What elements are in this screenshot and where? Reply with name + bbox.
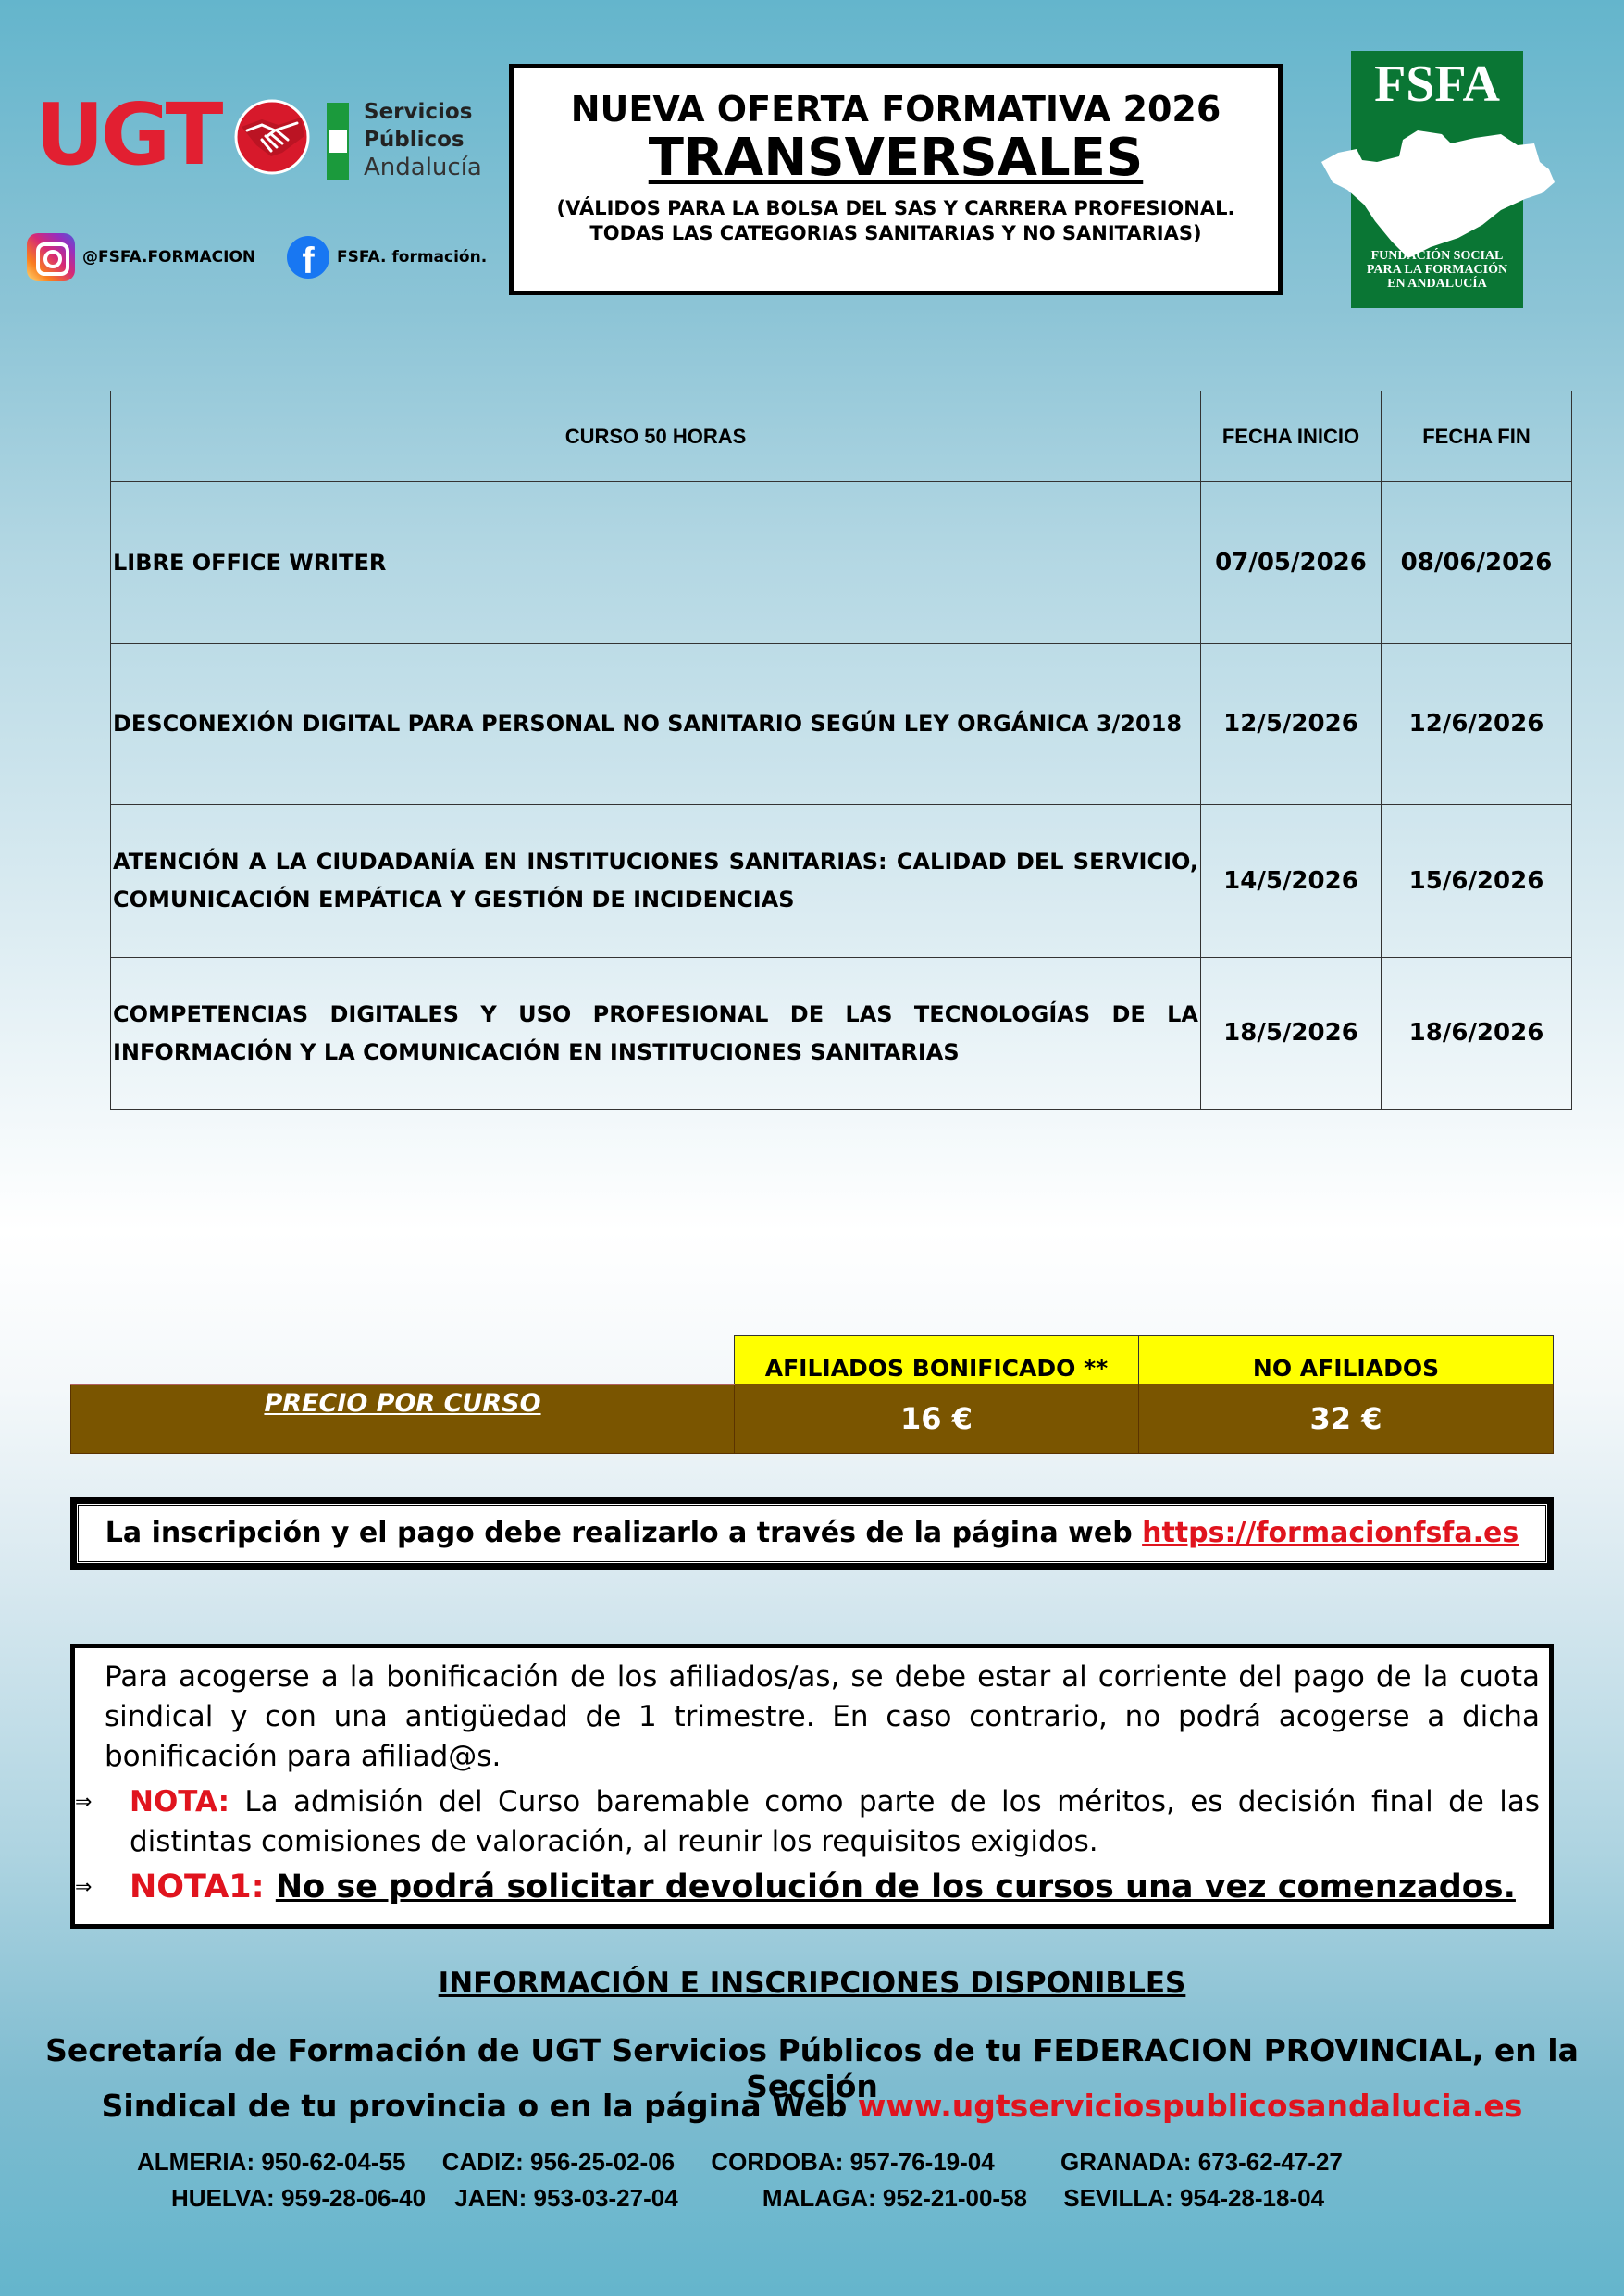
price-header-row: AFILIADOS BONIFICADO ** NO AFILIADOS (71, 1336, 1554, 1384)
province: CORDOBA (711, 2148, 835, 2176)
fsfa-logo: FSFA FUNDACIÓN SOCIAL PARA LA FORMACIÓN … (1351, 51, 1523, 308)
sp-line-2: Públicos (364, 126, 482, 154)
table-row: ATENCIÓN A LA CIUDADANÍA EN INSTITUCIONE… (111, 805, 1572, 958)
province: JAEN (454, 2184, 518, 2212)
course-end-date: 18/6/2026 (1382, 958, 1572, 1110)
price-header-non-members: NO AFILIADOS (1139, 1336, 1554, 1384)
ugt-logo: UGT (35, 93, 219, 178)
andalucia-flag-icon (327, 103, 349, 180)
info-line-2-text: Sindical de tu provincia o en la página … (102, 2088, 858, 2124)
phone-malaga: MALAGA: 952-21-00-58 (762, 2184, 1027, 2213)
phone-granada: GRANADA: 673-62-47-27 (1060, 2148, 1343, 2177)
phone-huelva: HUELVA: 959-28-06-40 (171, 2184, 426, 2213)
province: SEVILLA (1063, 2184, 1165, 2212)
price-table: AFILIADOS BONIFICADO ** NO AFILIADOS PRE… (70, 1335, 1554, 1454)
fsfa-subtitle-1: FUNDACIÓN SOCIAL (1351, 249, 1523, 263)
double-arrow-icon: ⇒ (75, 1868, 100, 1907)
registration-box: La inscripción y el pago debe realizarlo… (70, 1497, 1554, 1570)
course-name: LIBRE OFFICE WRITER (111, 482, 1201, 644)
phone-almeria: ALMERIA: 950-62-04-55 (137, 2148, 405, 2177)
phone-number: 673-62-47-27 (1198, 2148, 1343, 2176)
phone-cadiz: CADIZ: 956-25-02-06 (442, 2148, 675, 2177)
table-row: DESCONEXIÓN DIGITAL PARA PERSONAL NO SAN… (111, 644, 1572, 805)
province: CADIZ (442, 2148, 515, 2176)
notes-box: Para acogerse a la bonificación de los a… (70, 1644, 1554, 1929)
registration-inner: La inscripción y el pago debe realizarlo… (76, 1503, 1548, 1564)
province: MALAGA (762, 2184, 868, 2212)
fsfa-subtitle-3: EN ANDALUCÍA (1351, 277, 1523, 291)
course-end-date: 08/06/2026 (1382, 482, 1572, 644)
page-title-category: TRANSVERSALES (514, 130, 1278, 187)
phone-number: 953-03-27-04 (534, 2184, 678, 2212)
phone-jaen: JAEN: 953-03-27-04 (454, 2184, 677, 2213)
note1-item: ⇒ NOTA1: No se podrá solicitar devolució… (105, 1868, 1540, 1907)
page-title: NUEVA OFERTA FORMATIVA 2026 (514, 89, 1278, 130)
note-body: La admisión del Curso baremable como par… (130, 1785, 1540, 1858)
table-row: LIBRE OFFICE WRITER 07/05/2026 08/06/202… (111, 482, 1572, 644)
phone-number: 954-28-18-04 (1180, 2184, 1324, 2212)
table-header-row: CURSO 50 HORAS FECHA INICIO FECHA FIN (111, 391, 1572, 482)
course-name: COMPETENCIAS DIGITALES Y USO PROFESIONAL… (111, 958, 1201, 1110)
phone-number: 959-28-06-40 (281, 2184, 426, 2212)
note-label: NOTA: (130, 1785, 229, 1818)
sp-line-1: Servicios (364, 98, 482, 126)
column-header-course: CURSO 50 HORAS (111, 391, 1201, 482)
instagram-handle: @FSFA.FORMACION (82, 248, 255, 267)
subtitle-line-2: TODAS LAS CATEGORIAS SANITARIAS Y NO SAN… (514, 221, 1278, 246)
info-line-2: Sindical de tu provincia o en la página … (0, 2088, 1624, 2124)
note1-label: NOTA1: (130, 1868, 265, 1905)
phone-number: 956-25-02-06 (530, 2148, 675, 2176)
course-name: DESCONEXIÓN DIGITAL PARA PERSONAL NO SAN… (111, 644, 1201, 805)
price-non-members: 32 € (1139, 1384, 1554, 1454)
facebook-link[interactable]: f FSFA. formación. (287, 236, 487, 279)
fsfa-logo-title: FSFA (1351, 58, 1523, 110)
ugt-website-link[interactable]: www.ugtserviciospublicosandalucia.es (858, 2088, 1522, 2124)
instagram-icon (27, 233, 75, 281)
facebook-handle: FSFA. formación. (337, 248, 487, 267)
province: ALMERIA (137, 2148, 246, 2176)
course-start-date: 12/5/2026 (1201, 644, 1382, 805)
course-start-date: 14/5/2026 (1201, 805, 1382, 958)
column-header-start: FECHA INICIO (1201, 391, 1382, 482)
phones-row-2: HUELVA: 959-28-06-40 JAEN: 953-03-27-04 … (171, 2184, 1531, 2213)
phone-number: 952-21-00-58 (883, 2184, 1027, 2212)
province: GRANADA (1060, 2148, 1184, 2176)
price-row-label: PRECIO POR CURSO (71, 1384, 735, 1454)
phone-number: 950-62-04-55 (261, 2148, 405, 2176)
note-item: ⇒ NOTA: La admisión del Curso baremable … (105, 1782, 1540, 1862)
note1-text: NOTA1: No se podrá solicitar devolución … (130, 1868, 1540, 1907)
registration-link[interactable]: https://formacionfsfa.es (1142, 1517, 1519, 1549)
bonus-conditions-text: Para acogerse a la bonificación de los a… (105, 1657, 1540, 1777)
fsfa-logo-subtitle: FUNDACIÓN SOCIAL PARA LA FORMACIÓN EN AN… (1351, 249, 1523, 291)
course-start-date: 07/05/2026 (1201, 482, 1382, 644)
instagram-link[interactable]: @FSFA.FORMACION (27, 233, 255, 281)
title-box: NUEVA OFERTA FORMATIVA 2026 TRANSVERSALE… (509, 64, 1283, 295)
sp-line-3: Andalucía (364, 154, 482, 181)
province: HUELVA (171, 2184, 267, 2212)
table-row: COMPETENCIAS DIGITALES Y USO PROFESIONAL… (111, 958, 1572, 1110)
column-header-end: FECHA FIN (1382, 391, 1572, 482)
price-members: 16 € (735, 1384, 1139, 1454)
price-header-members: AFILIADOS BONIFICADO ** (735, 1336, 1139, 1384)
handshake-icon (234, 99, 310, 175)
note-text: NOTA: La admisión del Curso baremable co… (130, 1782, 1540, 1862)
price-row: PRECIO POR CURSO 16 € 32 € (71, 1384, 1554, 1454)
phone-number: 957-76-19-04 (850, 2148, 995, 2176)
fsfa-subtitle-2: PARA LA FORMACIÓN (1351, 263, 1523, 277)
course-start-date: 18/5/2026 (1201, 958, 1382, 1110)
phone-cordoba: CORDOBA: 957-76-19-04 (711, 2148, 994, 2177)
price-header-blank (71, 1336, 735, 1384)
info-heading: INFORMACIÓN E INSCRIPCIONES DISPONIBLES (0, 1967, 1624, 2000)
course-name: ATENCIÓN A LA CIUDADANÍA EN INSTITUCIONE… (111, 805, 1201, 958)
courses-table: CURSO 50 HORAS FECHA INICIO FECHA FIN LI… (110, 391, 1572, 1110)
double-arrow-icon: ⇒ (75, 1782, 100, 1862)
andalucia-map-icon (1320, 125, 1556, 262)
course-end-date: 15/6/2026 (1382, 805, 1572, 958)
note1-body: No se podrá solicitar devolución de los … (276, 1868, 1516, 1905)
registration-text: La inscripción y el pago debe realizarlo… (105, 1517, 1142, 1549)
course-end-date: 12/6/2026 (1382, 644, 1572, 805)
servicios-publicos-logo-text: Servicios Públicos Andalucía (364, 98, 482, 181)
facebook-icon: f (287, 236, 329, 279)
phone-sevilla: SEVILLA: 954-28-18-04 (1063, 2184, 1324, 2213)
subtitle-line-1: (VÁLIDOS PARA LA BOLSA DEL SAS Y CARRERA… (514, 196, 1278, 221)
phones-row-1: ALMERIA: 950-62-04-55 CADIZ: 956-25-02-0… (137, 2148, 1497, 2177)
